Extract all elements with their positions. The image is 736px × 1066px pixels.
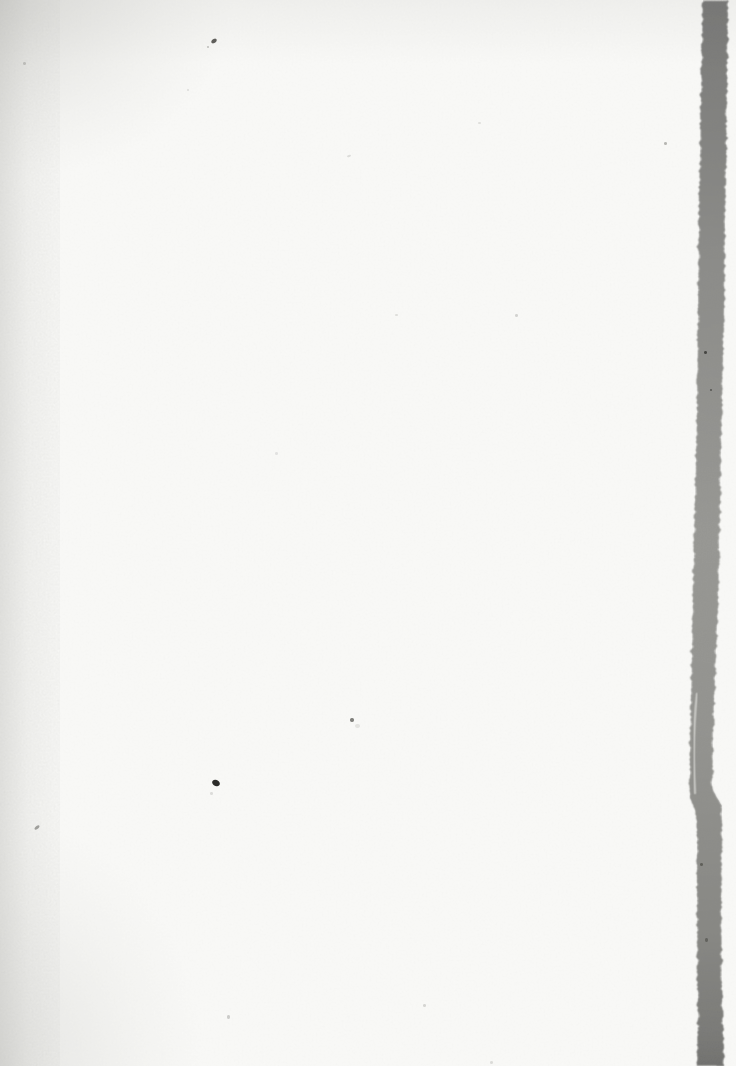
ink-speck (490, 1061, 493, 1064)
ink-speck (207, 46, 209, 48)
ink-specks-layer (0, 0, 736, 1066)
ink-speck (423, 1004, 426, 1007)
ink-speck (710, 389, 712, 391)
ink-speck (187, 89, 189, 91)
ink-speck (350, 718, 354, 722)
scanned-blank-page (0, 0, 736, 1066)
ink-speck (478, 122, 481, 124)
ink-speck (664, 142, 667, 145)
ink-speck (515, 314, 518, 317)
ink-speck (210, 38, 217, 45)
ink-speck (347, 154, 351, 157)
ink-speck (227, 1015, 230, 1019)
ink-speck (705, 938, 708, 942)
ink-speck (211, 779, 221, 788)
ink-speck (700, 863, 703, 866)
ink-speck (34, 824, 41, 830)
ink-speck (210, 792, 213, 795)
ink-speck (704, 351, 707, 354)
ink-speck (275, 452, 278, 455)
ink-speck (395, 314, 398, 316)
ink-speck (355, 724, 360, 728)
ink-speck (23, 62, 26, 65)
